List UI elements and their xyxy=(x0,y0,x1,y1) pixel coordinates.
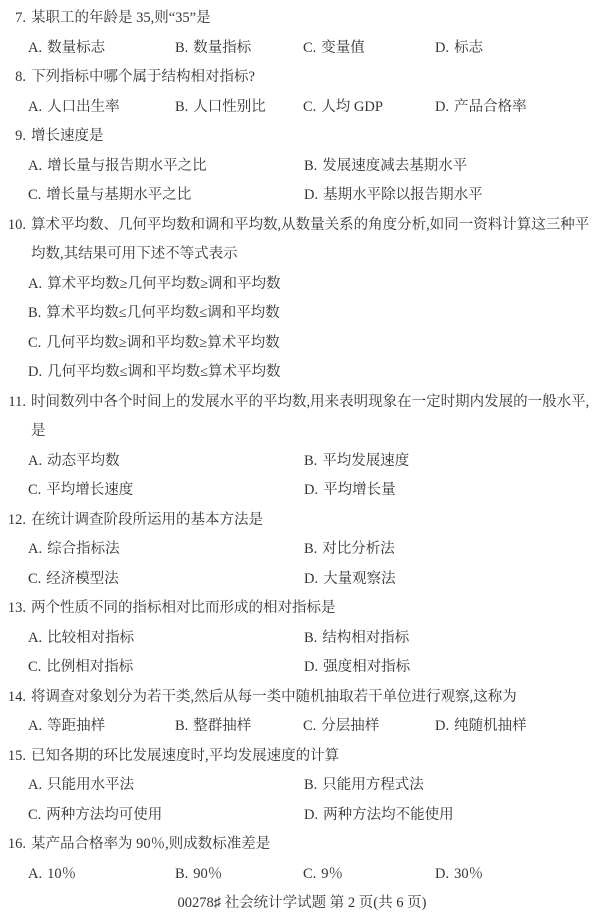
question-15-option-c: C.两种方法均可使用 xyxy=(28,801,304,831)
options-row: A.等距抽样 B.整群抽样 C.分层抽样 D.纯随机抽样 xyxy=(0,712,604,742)
option-label: C. xyxy=(28,482,41,498)
option-text: 分层抽样 xyxy=(321,718,379,734)
question-8-option-b: B.人口性别比 xyxy=(175,93,303,123)
question-10-option-c: C.几何平均数≥调和平均数≥算术平均数 xyxy=(28,329,604,359)
question-16-option-c: C.9％ xyxy=(303,860,435,890)
question-10-option-b: B.算术平均数≤几何平均数≤调和平均数 xyxy=(28,299,604,329)
option-label: C. xyxy=(303,99,316,115)
question-12-option-a: A.综合指标法 xyxy=(28,535,304,565)
options-row: A.综合指标法 B.对比分析法 xyxy=(0,535,604,565)
option-text: 只能用水平法 xyxy=(47,777,134,793)
question-13-option-c: C.比例相对指标 xyxy=(28,653,304,683)
option-text: 增长量与基期水平之比 xyxy=(46,187,191,203)
question-title: 16.某产品合格率为 90％,则成数标准差是 xyxy=(0,830,604,860)
option-text: 比例相对指标 xyxy=(46,659,133,675)
question-12-option-b: B.对比分析法 xyxy=(304,535,604,565)
question-12-option-c: C.经济模型法 xyxy=(28,565,304,595)
option-label: A. xyxy=(28,777,42,793)
option-label: D. xyxy=(304,482,318,498)
option-text: 两种方法均可使用 xyxy=(46,807,162,823)
option-label: D. xyxy=(435,40,449,56)
question-number: 10. xyxy=(0,211,26,241)
question-11: 11.时间数列中各个时间上的发展水平的平均数,用来表明现象在一定时期内发展的一般… xyxy=(0,388,604,506)
option-text: 10％ xyxy=(47,866,76,882)
option-label: D. xyxy=(304,571,318,587)
option-text: 整群抽样 xyxy=(193,718,251,734)
question-number: 7. xyxy=(0,4,26,34)
option-text: 结构相对指标 xyxy=(322,630,409,646)
question-8-option-c: C.人均 GDP xyxy=(303,93,435,123)
option-label: B. xyxy=(304,453,317,469)
question-9-option-c: C.增长量与基期水平之比 xyxy=(28,181,304,211)
question-text: 下列指标中哪个属于结构相对指标? xyxy=(31,69,255,85)
question-title: 10.算术平均数、几何平均数和调和平均数,从数量关系的角度分析,如同一资料计算这… xyxy=(0,211,604,270)
option-text: 基期水平除以报告期水平 xyxy=(323,187,483,203)
option-label: B. xyxy=(304,777,317,793)
option-label: B. xyxy=(175,866,188,882)
question-8-option-d: D.产品合格率 xyxy=(435,93,604,123)
question-16: 16.某产品合格率为 90％,则成数标准差是 A.10％ B.90％ C.9％ … xyxy=(0,830,604,889)
question-text: 某产品合格率为 90％,则成数标准差是 xyxy=(31,836,270,852)
question-number: 14. xyxy=(0,683,26,713)
option-label: B. xyxy=(304,158,317,174)
option-label: D. xyxy=(435,866,449,882)
options-row: C.平均增长速度 D.平均增长量 xyxy=(0,476,604,506)
options-row: A.算术平均数≥几何平均数≥调和平均数 xyxy=(0,270,604,300)
option-text: 比较相对指标 xyxy=(47,630,134,646)
option-text: 几何平均数≥调和平均数≥算术平均数 xyxy=(46,335,279,351)
question-10-option-d: D.几何平均数≤调和平均数≤算术平均数 xyxy=(28,358,604,388)
option-label: C. xyxy=(28,659,41,675)
option-text: 算术平均数≤几何平均数≤调和平均数 xyxy=(46,305,279,321)
option-text: 增长量与报告期水平之比 xyxy=(47,158,207,174)
option-label: B. xyxy=(304,630,317,646)
option-text: 纯随机抽样 xyxy=(454,718,527,734)
question-7-option-c: C.变量值 xyxy=(303,34,435,64)
option-text: 发展速度减去基期水平 xyxy=(322,158,467,174)
question-15-option-d: D.两种方法均不能使用 xyxy=(304,801,604,831)
options-row: C.经济模型法 D.大量观察法 xyxy=(0,565,604,595)
question-12: 12.在统计调查阶段所运用的基本方法是 A.综合指标法 B.对比分析法 C.经济… xyxy=(0,506,604,595)
question-text: 将调查对象划分为若干类,然后从每一类中随机抽取若干单位进行观察,这称为 xyxy=(31,689,517,705)
question-text: 某职工的年龄是 35,则“35”是 xyxy=(31,10,211,26)
option-label: C. xyxy=(303,40,316,56)
option-label: B. xyxy=(175,718,188,734)
option-label: D. xyxy=(304,659,318,675)
question-13: 13.两个性质不同的指标相对比而形成的相对指标是 A.比较相对指标 B.结构相对… xyxy=(0,594,604,683)
options-row: A.动态平均数 B.平均发展速度 xyxy=(0,447,604,477)
option-label: C. xyxy=(303,718,316,734)
question-number: 16. xyxy=(0,830,26,860)
option-text: 30％ xyxy=(454,866,483,882)
option-text: 平均发展速度 xyxy=(322,453,409,469)
question-title: 13.两个性质不同的指标相对比而形成的相对指标是 xyxy=(0,594,604,624)
question-text: 两个性质不同的指标相对比而形成的相对指标是 xyxy=(31,600,336,616)
option-label: D. xyxy=(304,187,318,203)
option-text: 人均 GDP xyxy=(321,99,383,115)
question-14-option-d: D.纯随机抽样 xyxy=(435,712,604,742)
question-14-option-a: A.等距抽样 xyxy=(28,712,175,742)
question-13-option-d: D.强度相对指标 xyxy=(304,653,604,683)
option-label: A. xyxy=(28,158,42,174)
question-title: 9.增长速度是 xyxy=(0,122,604,152)
option-label: D. xyxy=(435,99,449,115)
question-title: 11.时间数列中各个时间上的发展水平的平均数,用来表明现象在一定时期内发展的一般… xyxy=(0,388,604,447)
options-row: C.两种方法均可使用 D.两种方法均不能使用 xyxy=(0,801,604,831)
option-text: 变量值 xyxy=(321,40,365,56)
option-label: B. xyxy=(175,40,188,56)
option-text: 只能用方程式法 xyxy=(322,777,424,793)
question-7-option-b: B.数量指标 xyxy=(175,34,303,64)
exam-page: 7.某职工的年龄是 35,则“35”是 A.数量标志 B.数量指标 C.变量值 … xyxy=(0,0,610,922)
options-row: C.增长量与基期水平之比 D.基期水平除以报告期水平 xyxy=(0,181,604,211)
option-text: 算术平均数≥几何平均数≥调和平均数 xyxy=(47,276,280,292)
option-text: 几何平均数≤调和平均数≤算术平均数 xyxy=(47,364,280,380)
option-text: 数量指标 xyxy=(193,40,251,56)
question-13-option-b: B.结构相对指标 xyxy=(304,624,604,654)
option-text: 动态平均数 xyxy=(47,453,120,469)
option-text: 两种方法均不能使用 xyxy=(323,807,454,823)
question-text: 增长速度是 xyxy=(31,128,104,144)
option-label: C. xyxy=(28,187,41,203)
option-label: C. xyxy=(28,335,41,351)
options-row: C.几何平均数≥调和平均数≥算术平均数 xyxy=(0,329,604,359)
page-footer: 00278♯ 社会统计学试题 第 2 页(共 6 页) xyxy=(0,889,604,919)
question-9-option-a: A.增长量与报告期水平之比 xyxy=(28,152,304,182)
options-row: A.增长量与报告期水平之比 B.发展速度减去基期水平 xyxy=(0,152,604,182)
option-text: 经济模型法 xyxy=(46,571,119,587)
question-7-option-d: D.标志 xyxy=(435,34,604,64)
option-text: 产品合格率 xyxy=(454,99,527,115)
question-title: 15.已知各期的环比发展速度时,平均发展速度的计算 xyxy=(0,742,604,772)
question-title: 7.某职工的年龄是 35,则“35”是 xyxy=(0,4,604,34)
question-12-option-d: D.大量观察法 xyxy=(304,565,604,595)
options-row: B.算术平均数≤几何平均数≤调和平均数 xyxy=(0,299,604,329)
question-11-option-a: A.动态平均数 xyxy=(28,447,304,477)
option-label: B. xyxy=(175,99,188,115)
question-14: 14.将调查对象划分为若干类,然后从每一类中随机抽取若干单位进行观察,这称为 A… xyxy=(0,683,604,742)
option-label: C. xyxy=(28,807,41,823)
question-text: 在统计调查阶段所运用的基本方法是 xyxy=(31,512,263,528)
option-label: D. xyxy=(304,807,318,823)
option-label: C. xyxy=(28,571,41,587)
question-14-option-b: B.整群抽样 xyxy=(175,712,303,742)
question-15: 15.已知各期的环比发展速度时,平均发展速度的计算 A.只能用水平法 B.只能用… xyxy=(0,742,604,831)
question-11-option-b: B.平均发展速度 xyxy=(304,447,604,477)
question-16-option-a: A.10％ xyxy=(28,860,175,890)
option-label: A. xyxy=(28,453,42,469)
question-number: 11. xyxy=(0,388,26,418)
option-text: 对比分析法 xyxy=(322,541,395,557)
question-number: 8. xyxy=(0,63,26,93)
question-number: 9. xyxy=(0,122,26,152)
question-10: 10.算术平均数、几何平均数和调和平均数,从数量关系的角度分析,如同一资料计算这… xyxy=(0,211,604,388)
question-text: 算术平均数、几何平均数和调和平均数,从数量关系的角度分析,如同一资料计算这三种平… xyxy=(31,217,589,263)
question-11-option-c: C.平均增长速度 xyxy=(28,476,304,506)
option-label: A. xyxy=(28,541,42,557)
question-8: 8.下列指标中哪个属于结构相对指标? A.人口出生率 B.人口性别比 C.人均 … xyxy=(0,63,604,122)
question-7-option-a: A.数量标志 xyxy=(28,34,175,64)
options-row: A.人口出生率 B.人口性别比 C.人均 GDP D.产品合格率 xyxy=(0,93,604,123)
options-row: C.比例相对指标 D.强度相对指标 xyxy=(0,653,604,683)
question-title: 12.在统计调查阶段所运用的基本方法是 xyxy=(0,506,604,536)
option-label: A. xyxy=(28,99,42,115)
question-14-option-c: C.分层抽样 xyxy=(303,712,435,742)
option-text: 综合指标法 xyxy=(47,541,120,557)
option-label: A. xyxy=(28,40,42,56)
option-label: A. xyxy=(28,630,42,646)
options-row: A.比较相对指标 B.结构相对指标 xyxy=(0,624,604,654)
options-row: A.只能用水平法 B.只能用方程式法 xyxy=(0,771,604,801)
question-16-option-b: B.90％ xyxy=(175,860,303,890)
options-row: A.数量标志 B.数量指标 C.变量值 D.标志 xyxy=(0,34,604,64)
question-15-option-b: B.只能用方程式法 xyxy=(304,771,604,801)
question-16-option-d: D.30％ xyxy=(435,860,604,890)
option-label: C. xyxy=(303,866,316,882)
question-7: 7.某职工的年龄是 35,则“35”是 A.数量标志 B.数量指标 C.变量值 … xyxy=(0,4,604,63)
question-9-option-b: B.发展速度减去基期水平 xyxy=(304,152,604,182)
option-text: 人口出生率 xyxy=(47,99,120,115)
question-title: 8.下列指标中哪个属于结构相对指标? xyxy=(0,63,604,93)
question-13-option-a: A.比较相对指标 xyxy=(28,624,304,654)
option-text: 等距抽样 xyxy=(47,718,105,734)
option-label: B. xyxy=(304,541,317,557)
question-9: 9.增长速度是 A.增长量与报告期水平之比 B.发展速度减去基期水平 C.增长量… xyxy=(0,122,604,211)
option-label: B. xyxy=(28,305,41,321)
question-title: 14.将调查对象划分为若干类,然后从每一类中随机抽取若干单位进行观察,这称为 xyxy=(0,683,604,713)
option-text: 平均增长量 xyxy=(323,482,396,498)
option-text: 数量标志 xyxy=(47,40,105,56)
question-text: 已知各期的环比发展速度时,平均发展速度的计算 xyxy=(31,748,339,764)
option-label: A. xyxy=(28,276,42,292)
question-9-option-d: D.基期水平除以报告期水平 xyxy=(304,181,604,211)
option-text: 90％ xyxy=(193,866,222,882)
question-11-option-d: D.平均增长量 xyxy=(304,476,604,506)
option-label: D. xyxy=(435,718,449,734)
question-text: 时间数列中各个时间上的发展水平的平均数,用来表明现象在一定时期内发展的一般水平,… xyxy=(31,394,589,440)
question-15-option-a: A.只能用水平法 xyxy=(28,771,304,801)
option-text: 人口性别比 xyxy=(193,99,266,115)
question-10-option-a: A.算术平均数≥几何平均数≥调和平均数 xyxy=(28,270,604,300)
option-text: 强度相对指标 xyxy=(323,659,410,675)
question-number: 13. xyxy=(0,594,26,624)
option-text: 标志 xyxy=(454,40,483,56)
question-8-option-a: A.人口出生率 xyxy=(28,93,175,123)
option-text: 大量观察法 xyxy=(323,571,396,587)
option-text: 9％ xyxy=(321,866,343,882)
question-number: 12. xyxy=(0,506,26,536)
options-row: A.10％ B.90％ C.9％ D.30％ xyxy=(0,860,604,890)
question-number: 15. xyxy=(0,742,26,772)
option-label: D. xyxy=(28,364,42,380)
option-label: A. xyxy=(28,866,42,882)
options-row: D.几何平均数≤调和平均数≤算术平均数 xyxy=(0,358,604,388)
option-text: 平均增长速度 xyxy=(46,482,133,498)
option-label: A. xyxy=(28,718,42,734)
